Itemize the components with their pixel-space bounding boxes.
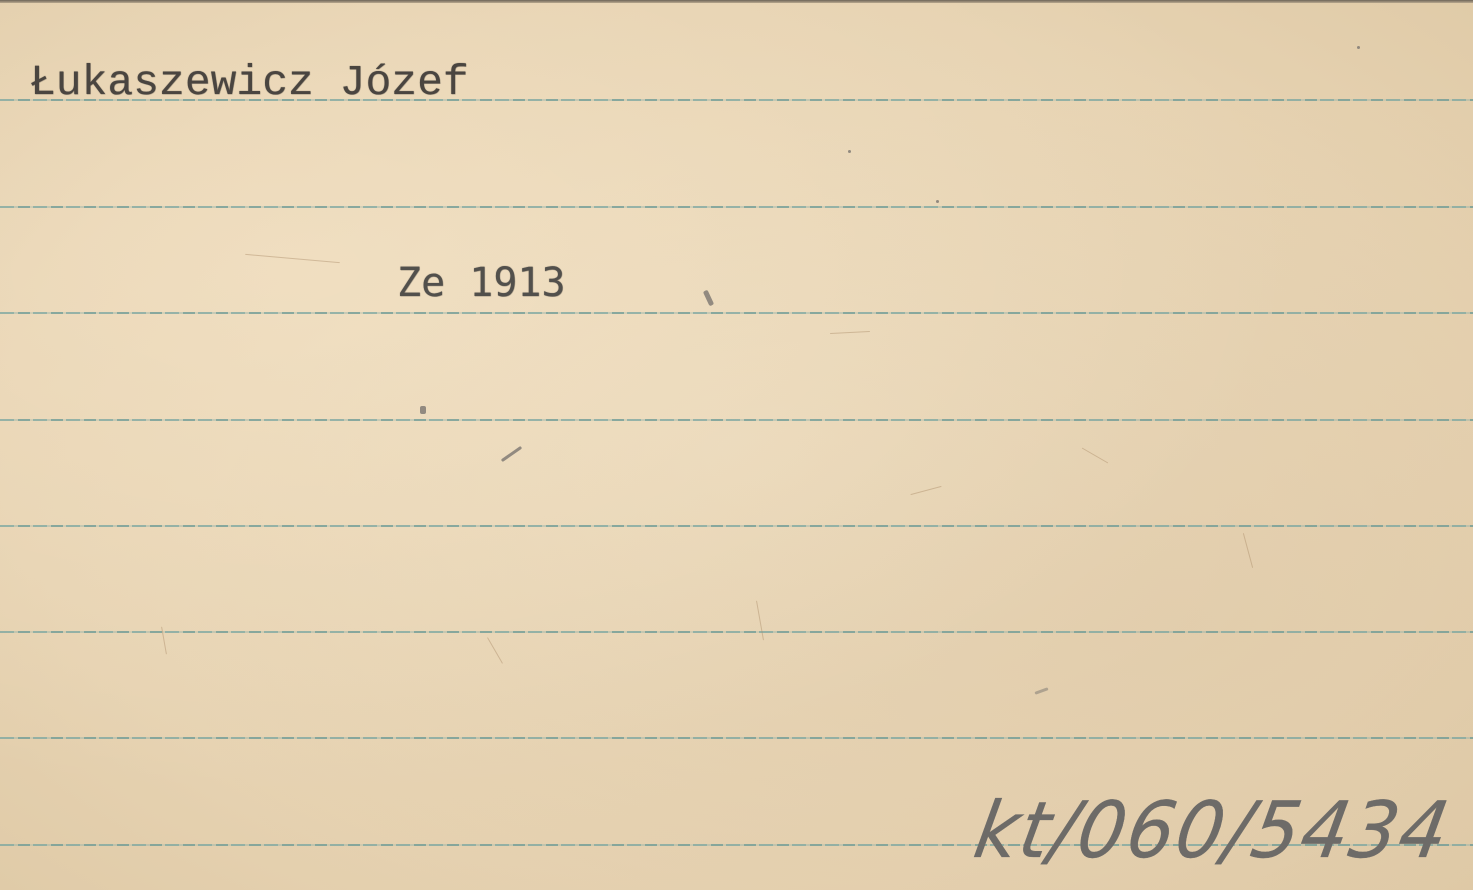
paper-speck [420,406,426,414]
rule-line-2 [0,206,1473,208]
index-card: Łukaszewicz Józef Ze 1913 kt/060/5434 [0,0,1473,890]
person-name: Łukaszewicz Józef [30,58,469,107]
paper-speck [703,290,714,307]
paper-speck [1357,46,1360,49]
card-top-edge [0,0,1473,3]
paper-fiber [1243,533,1253,568]
paper-speck [848,150,851,153]
paper-fiber [756,601,764,641]
paper-speck [936,200,939,203]
paper-fiber [830,331,870,334]
rule-line-5 [0,525,1473,527]
paper-speck [1034,687,1048,695]
archive-reference-number: kt/060/5434 [968,786,1457,876]
rule-line-7 [0,737,1473,739]
rule-line-3 [0,312,1473,314]
rule-line-6 [0,631,1473,633]
paper-speck [501,446,522,462]
birth-year-note: Ze 1913 [397,260,566,306]
rule-line-4 [0,419,1473,421]
paper-fiber [1082,448,1108,464]
paper-fiber [487,637,503,663]
paper-fiber [910,486,941,495]
paper-fiber [245,254,340,263]
